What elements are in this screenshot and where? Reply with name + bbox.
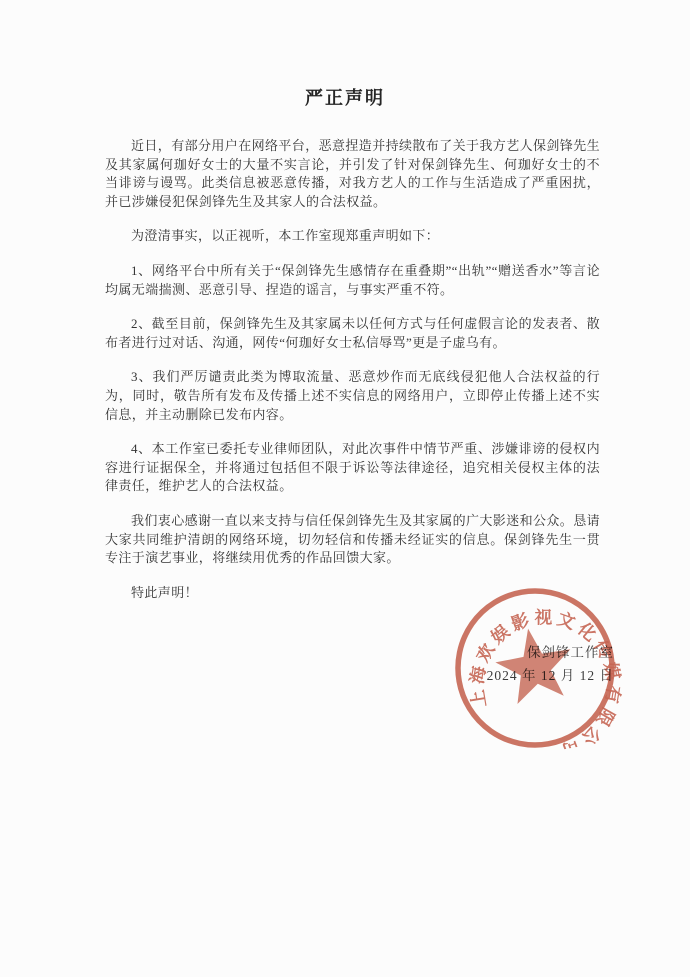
statement-body: 近日，有部分用户在网络平台，恶意捏造并持续散布了关于我方艺人保剑锋先生及其家属何… bbox=[0, 110, 690, 602]
paragraph-intro: 近日，有部分用户在网络平台，恶意捏造并持续散布了关于我方艺人保剑锋先生及其家属何… bbox=[105, 137, 600, 211]
page-title: 严正声明 bbox=[0, 0, 690, 110]
statement-document-page: 严正声明 近日，有部分用户在网络平台，恶意捏造并持续散布了关于我方艺人保剑锋先生… bbox=[0, 0, 690, 977]
statement-item-1: 1、网络平台中所有关于“保剑锋先生感情存在重叠期”“出轨”“赠送香水”等言论均属… bbox=[105, 262, 600, 299]
paragraph-clarify-lead: 为澄清事实，以正视听，本工作室现郑重声明如下： bbox=[105, 227, 600, 246]
statement-item-4: 4、本工作室已委托专业律师团队，对此次事件中情节严重、涉嫌诽谤的侵权内容进行证据… bbox=[105, 440, 600, 496]
paragraph-thanks: 我们衷心感谢一直以来支持与信任保剑锋先生及其家属的广大影迷和公众。恳请大家共同维… bbox=[105, 512, 600, 568]
company-seal: 上海欢娱影视文化传媒有限公司 bbox=[437, 570, 634, 767]
statement-item-3: 3、我们严厉谴责此类为博取流量、恶意炒作而无底线侵犯他人合法权益的行为，同时，敬… bbox=[105, 368, 600, 424]
statement-item-2: 2、截至目前，保剑锋先生及其家属未以任何方式与任何虚假言论的发表者、散布者进行过… bbox=[105, 315, 600, 352]
